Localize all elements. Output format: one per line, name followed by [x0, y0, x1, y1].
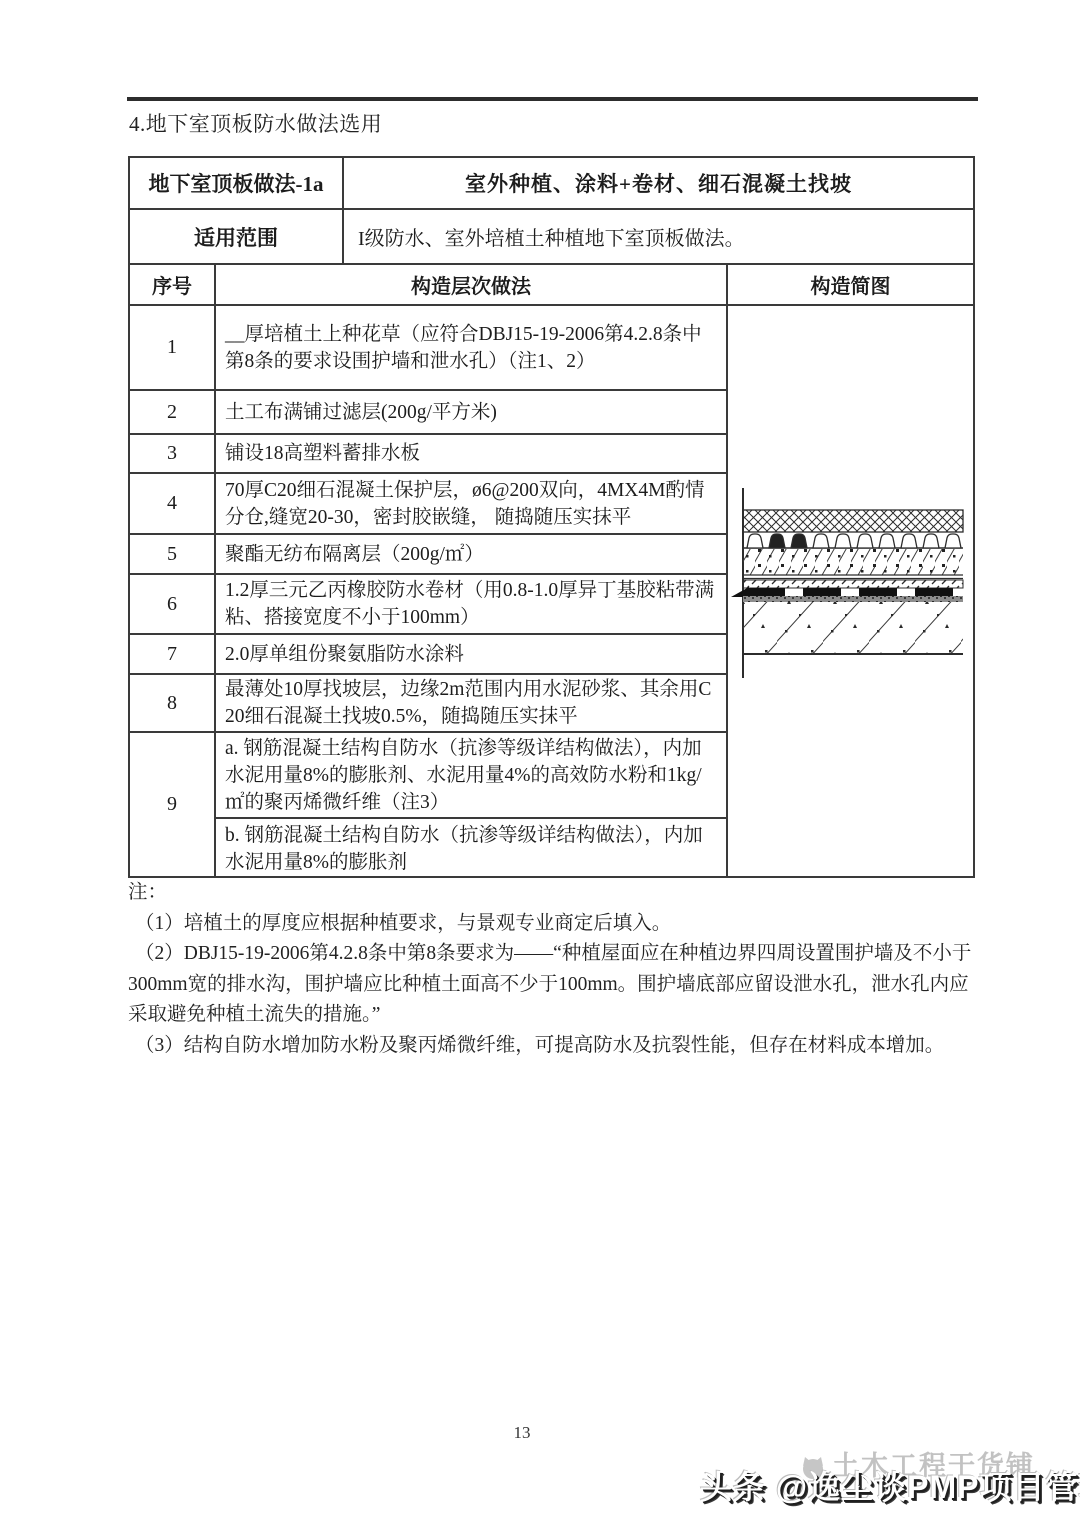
note-item-2: （2）DBJ15-19-2006第4.2.8条中第8条要求为——“种植屋面应在种…: [128, 939, 980, 1031]
table-row: 7 2.0厚单组份聚氨脂防水涂料: [130, 635, 728, 675]
column-header-row: 序号 构造层次做法 构造简图: [130, 265, 973, 306]
row-number: 5: [130, 535, 216, 573]
diagram-drainage-layer: [743, 534, 963, 548]
page-title: 4.地下室顶板防水做法选用: [129, 108, 382, 138]
table-row: 9 a. 钢筋混凝土结构自防水（抗渗等级详结构做法），内加水泥用量8%的膨胀剂、…: [130, 733, 728, 876]
table-row: 1 __厚培植土上种花草（应符合DBJ15-19-2006第4.2.8条中 第8…: [130, 306, 728, 391]
waterproofing-table: 地下室顶板做法-1a 室外种植、涂料+卷材、细石混凝土找坡 适用范围 I级防水、…: [128, 156, 975, 878]
row-text-value: b. 钢筋混凝土结构自防水（抗渗等级详结构做法），内加水泥用量8%的膨胀剂: [225, 822, 717, 876]
row-text: __厚培植土上种花草（应符合DBJ15-19-2006第4.2.8条中 第8条的…: [216, 306, 728, 389]
scope-label-cell: 适用范围: [130, 210, 344, 263]
row-number: 6: [130, 575, 216, 633]
row-text: 70厚C20细石混凝土保护层，ø6@200双向，4MX4M酌情分仓,缝宽20-3…: [216, 474, 728, 533]
row-text: 2.0厚单组份聚氨脂防水涂料: [216, 635, 728, 673]
row-text: 铺设18高塑料蓄排水板: [216, 435, 728, 472]
row-text: 1.2厚三元乙丙橡胶防水卷材（用0.8-1.0厚异丁基胶粘带满粘、搭接宽度不小于…: [216, 575, 728, 633]
table-row: 4 70厚C20细石混凝土保护层，ø6@200双向，4MX4M酌情分仓,缝宽20…: [130, 474, 728, 535]
table-row: 5 聚酯无纺布隔离层（200g/㎡）: [130, 535, 728, 575]
row-9-option-a: a. 钢筋混凝土结构自防水（抗渗等级详结构做法），内加水泥用量8%的膨胀剂、水泥…: [216, 733, 726, 819]
row-number: 9: [130, 733, 216, 876]
method-code-cell: 地下室顶板做法-1a: [130, 158, 344, 208]
main-watermark: 头条 @逸尘谈PMP项目管理: [700, 1462, 1080, 1508]
row-number: 8: [130, 675, 216, 731]
row-text: 聚酯无纺布隔离层（200g/㎡）: [216, 535, 728, 573]
note-item-3: （3）结构自防水增加防水粉及聚丙烯微纤维，可提高防水及抗裂性能，但存在材料成本增…: [128, 1031, 980, 1062]
method-title-cell: 室外种植、涂料+卷材、细石混凝土找坡: [344, 158, 973, 208]
col-header-method: 构造层次做法: [216, 265, 728, 304]
document-page: 4.地下室顶板防水做法选用 地下室顶板做法-1a 室外种植、涂料+卷材、细石混凝…: [0, 0, 1080, 1527]
table-row: 3 铺设18高塑料蓄排水板: [130, 435, 728, 474]
header-rule: [127, 97, 978, 101]
diagram-soil-layer: [743, 510, 963, 532]
row-text-value: a. 钢筋混凝土结构自防水（抗渗等级详结构做法），内加水泥用量8%的膨胀剂、水泥…: [225, 735, 717, 816]
layer-rows: 1 __厚培植土上种花草（应符合DBJ15-19-2006第4.2.8条中 第8…: [130, 306, 728, 876]
table-row: 8 最薄处10厚找坡层，边缘2m范围内用水泥砂浆、其余用C20细石混凝土找坡0.…: [130, 675, 728, 733]
row-9-options: a. 钢筋混凝土结构自防水（抗渗等级详结构做法），内加水泥用量8%的膨胀剂、水泥…: [216, 733, 728, 876]
scope-value-cell: I级防水、室外培植土种植地下室顶板做法。: [344, 210, 973, 263]
diagram-membrane-layer: [731, 580, 963, 602]
row-text-value: 土工布满铺过滤层(200g/平方米): [225, 399, 497, 426]
diagram-slab-layer: [743, 602, 963, 654]
row-text-value: 聚酯无纺布隔离层（200g/㎡）: [225, 541, 484, 568]
row-number: 7: [130, 635, 216, 673]
row-number: 4: [130, 474, 216, 533]
notes-section: 注： （1）培植土的厚度应根据种植要求，与景观专业商定后填入。 （2）DBJ15…: [128, 878, 980, 1061]
row-text: 土工布满铺过滤层(200g/平方米): [216, 391, 728, 433]
col-header-diagram: 构造简图: [728, 265, 973, 304]
diagram-protection-layer: [743, 549, 963, 579]
construction-diagram: [731, 486, 972, 684]
notes-label: 注：: [128, 878, 980, 909]
row-9-option-b: b. 钢筋混凝土结构自防水（抗渗等级详结构做法），内加水泥用量8%的膨胀剂: [216, 819, 726, 879]
row-text-value: 铺设18高塑料蓄排水板: [225, 440, 420, 467]
table-title-row: 地下室顶板做法-1a 室外种植、涂料+卷材、细石混凝土找坡: [130, 158, 973, 210]
page-number: 13: [0, 1423, 1044, 1443]
table-row: 6 1.2厚三元乙丙橡胶防水卷材（用0.8-1.0厚异丁基胶粘带满粘、搭接宽度不…: [130, 575, 728, 635]
row-number: 1: [130, 306, 216, 389]
scope-row: 适用范围 I级防水、室外培植土种植地下室顶板做法。: [130, 210, 973, 265]
row-number: 2: [130, 391, 216, 433]
table-body: 1 __厚培植土上种花草（应符合DBJ15-19-2006第4.2.8条中 第8…: [130, 306, 973, 876]
diagram-cell: [728, 306, 973, 876]
table-row: 2 土工布满铺过滤层(200g/平方米): [130, 391, 728, 435]
row-text: 最薄处10厚找坡层，边缘2m范围内用水泥砂浆、其余用C20细石混凝土找坡0.5%…: [216, 675, 728, 731]
row-number: 3: [130, 435, 216, 472]
row-text-value: 70厚C20细石混凝土保护层，ø6@200双向，4MX4M酌情分仓,缝宽20-3…: [225, 477, 717, 531]
col-header-seq: 序号: [130, 265, 216, 304]
note-item-1: （1）培植土的厚度应根据种植要求，与景观专业商定后填入。: [128, 909, 980, 940]
row-text-value: 最薄处10厚找坡层，边缘2m范围内用水泥砂浆、其余用C20细石混凝土找坡0.5%…: [225, 676, 717, 730]
row-text-value: __厚培植土上种花草（应符合DBJ15-19-2006第4.2.8条中 第8条的…: [225, 321, 717, 375]
row-text-value: 2.0厚单组份聚氨脂防水涂料: [225, 641, 464, 668]
row-text-value: 1.2厚三元乙丙橡胶防水卷材（用0.8-1.0厚异丁基胶粘带满粘、搭接宽度不小于…: [225, 577, 717, 631]
